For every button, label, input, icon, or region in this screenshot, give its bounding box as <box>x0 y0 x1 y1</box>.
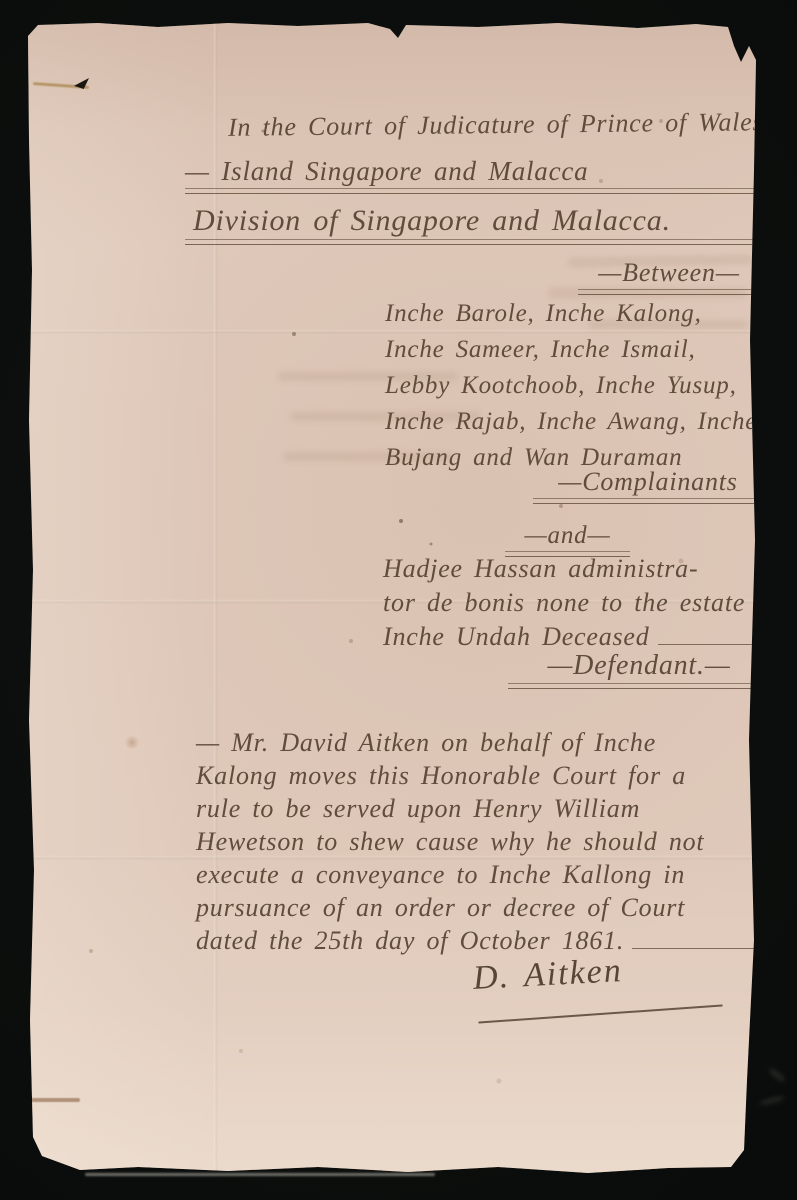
court-heading-line3: Division of Singapore and Malacca. <box>185 204 760 245</box>
complainants-line: Inche Rajab, Inche Awang, Inche <box>385 404 757 440</box>
complainants-line: Inche Barole, Inche Kalong, <box>385 296 757 332</box>
rule-line <box>632 947 760 949</box>
signature-text: D. Aitken <box>472 952 624 998</box>
ink-streak <box>26 1098 80 1102</box>
complainants-label: —Complainants <box>533 467 763 504</box>
defendant-line-text: Inche Undah Deceased <box>383 620 650 654</box>
motion-line: Hewetson to shew cause why he should not <box>196 825 760 858</box>
paper-stain <box>124 736 140 749</box>
motion-line: — Mr. David Aitken on behalf of Inche <box>196 726 760 759</box>
defendant-line: Hadjee Hassan administra- <box>383 552 778 586</box>
motion-paragraph: — Mr. David Aitken on behalf of Inche Ka… <box>196 726 760 957</box>
motion-line: execute a conveyance to Inche Kallong in <box>196 858 760 891</box>
motion-line: Kalong moves this Honorable Court for a <box>196 759 760 792</box>
signature-underline <box>478 1004 723 1023</box>
motion-line: rule to be served upon Henry William <box>196 792 760 825</box>
between-label: —Between— <box>578 258 760 295</box>
defendant-block: Hadjee Hassan administra- tor de bonis n… <box>383 552 778 654</box>
photo-background: In the Court of Judicature of Prince of … <box>0 0 797 1200</box>
motion-line: dated the 25th day of October 1861. <box>196 924 760 957</box>
court-heading-line2: — Island Singapore and Malacca <box>185 156 760 194</box>
paper-bottom-edge-highlight <box>85 1173 435 1176</box>
defendant-line: tor de bonis none to the estate of <box>383 586 778 620</box>
defendant-label: —Defendant.— <box>508 650 770 689</box>
background-smudge <box>768 1067 786 1083</box>
defendant-line: Inche Undah Deceased <box>383 620 760 654</box>
rule-line <box>658 643 760 645</box>
complainants-block: Inche Barole, Inche Kalong, Inche Sameer… <box>385 296 757 476</box>
complainants-line: Inche Sameer, Inche Ismail, <box>385 332 757 368</box>
motion-line: pursuance of an order or decree of Court <box>196 891 760 924</box>
complainants-line: Lebby Kootchoob, Inche Yusup, <box>385 368 757 404</box>
court-heading-line1: In the Court of Judicature of Prince of … <box>228 107 770 143</box>
paper-specks <box>28 20 30 22</box>
background-smudge <box>760 1095 784 1106</box>
document-page: In the Court of Judicature of Prince of … <box>28 20 756 1176</box>
motion-line-text: dated the 25th day of October 1861. <box>196 924 624 957</box>
